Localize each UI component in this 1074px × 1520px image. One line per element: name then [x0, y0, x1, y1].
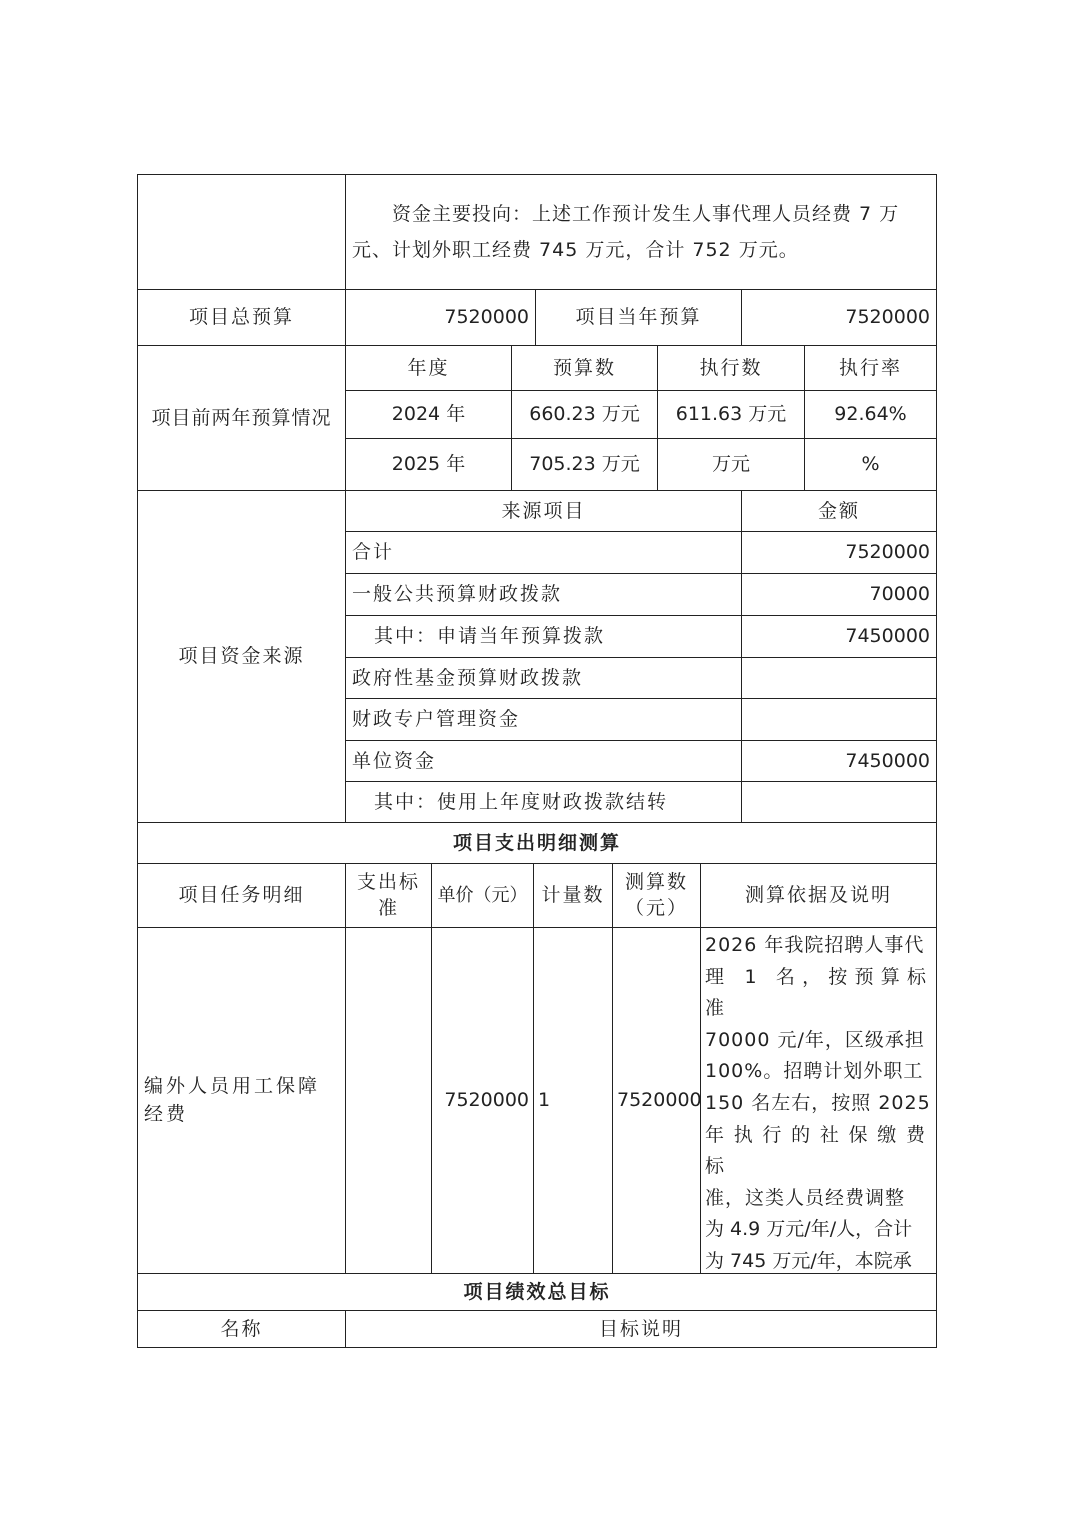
basis-line: 年执行的社保缴费标 — [705, 1120, 932, 1183]
prior-year-row-1-year: 2024 年 — [345, 390, 512, 439]
expense-row-basis: 2026 年我院招聘人事代 理 1 名，按预算标准 70000 元/年，区级承担… — [701, 928, 936, 1274]
funding-header-amount: 金额 — [741, 490, 937, 532]
current-year-budget-label: 项目当年预算 — [535, 289, 742, 346]
expense-row-quantity: 1 — [533, 927, 613, 1274]
expense-header-task: 项目任务明细 — [137, 863, 346, 928]
funding-row-special-account-name: 财政专户管理资金 — [345, 698, 742, 741]
funding-row-gov-fund-amount — [741, 657, 937, 699]
funding-row-total-amount: 7520000 — [741, 531, 937, 574]
expense-row-unit-price: 7520000 — [431, 927, 534, 1274]
prior-years-header-budget: 预算数 — [511, 345, 658, 391]
funding-row-special-account-amount — [741, 698, 937, 741]
funding-row-general-budget-name: 一般公共预算财政拨款 — [345, 573, 742, 616]
prior-year-row-2-rate: % — [804, 438, 937, 491]
funding-row-general-budget-amount: 70000 — [741, 573, 937, 616]
expense-row-task: 编外人员用工保障经费 — [137, 927, 346, 1274]
basis-line: 70000 元/年，区级承担 — [705, 1025, 932, 1057]
basis-line: 准，这类人员经费调整 — [705, 1183, 932, 1215]
prior-years-header-year: 年度 — [345, 345, 512, 391]
intro-label-cell — [137, 174, 346, 290]
basis-line: 理 1 名，按预算标准 — [705, 962, 932, 1025]
funding-row-carryover-amount — [741, 781, 937, 823]
basis-line: 2026 年我院招聘人事代 — [705, 930, 932, 962]
prior-years-label: 项目前两年预算情况 — [137, 345, 346, 491]
expense-row-estimate: 7520000 — [612, 927, 701, 1274]
expense-detail-section-title: 项目支出明细测算 — [137, 822, 937, 864]
funding-row-current-year-name: 其中：申请当年预算拨款 — [345, 615, 742, 658]
basis-line: 为 745 万元/年，本院承 — [705, 1246, 932, 1274]
basis-line: 150 名左右，按照 2025 — [705, 1088, 932, 1120]
intro-text-cell: 资金主要投向：上述工作预计发生人事代理人员经费 7 万 元、计划外职工经费 74… — [345, 174, 937, 290]
funding-row-total-name: 合计 — [345, 531, 742, 574]
funding-row-unit-funds-name: 单位资金 — [345, 740, 742, 782]
expense-header-standard: 支出标 准 — [345, 863, 432, 928]
prior-year-row-1-rate: 92.64% — [804, 390, 937, 439]
expense-header-quantity: 计量数 — [533, 863, 613, 928]
expense-header-estimate-text: 测算数 （元） — [625, 870, 688, 921]
prior-years-header-rate: 执行率 — [804, 345, 937, 391]
funding-row-current-year-amount: 7450000 — [741, 615, 937, 658]
expense-header-standard-text: 支出标 准 — [357, 870, 420, 921]
basis-line: 为 4.9 万元/年/人，合计 — [705, 1214, 932, 1246]
performance-section-title: 项目绩效总目标 — [137, 1273, 937, 1311]
funding-row-carryover-name: 其中：使用上年度财政拨款结转 — [345, 781, 742, 823]
total-budget-label: 项目总预算 — [137, 289, 346, 346]
budget-form-page: 资金主要投向：上述工作预计发生人事代理人员经费 7 万 元、计划外职工经费 74… — [0, 0, 1074, 1520]
performance-header-name: 名称 — [137, 1310, 346, 1348]
funding-header-source: 来源项目 — [345, 490, 742, 532]
funding-direction-text: 资金主要投向：上述工作预计发生人事代理人员经费 7 万 元、计划外职工经费 74… — [346, 175, 936, 265]
expense-row-basis-cell: 2026 年我院招聘人事代 理 1 名，按预算标准 70000 元/年，区级承担… — [700, 927, 937, 1274]
expense-header-basis: 测算依据及说明 — [700, 863, 937, 928]
basis-line: 100%。招聘计划外职工 — [705, 1056, 932, 1088]
expense-row-standard — [345, 927, 432, 1274]
prior-year-row-2-budget: 705.23 万元 — [511, 438, 658, 491]
funding-sources-label: 项目资金来源 — [137, 490, 346, 823]
current-year-budget-value: 7520000 — [741, 289, 937, 346]
prior-year-row-1-executed: 611.63 万元 — [657, 390, 805, 439]
funding-row-gov-fund-name: 政府性基金预算财政拨款 — [345, 657, 742, 699]
total-budget-value: 7520000 — [345, 289, 536, 346]
prior-years-header-executed: 执行数 — [657, 345, 805, 391]
expense-header-estimate: 测算数 （元） — [612, 863, 701, 928]
performance-header-description: 目标说明 — [345, 1310, 937, 1348]
prior-year-row-2-executed: 万元 — [657, 438, 805, 491]
funding-row-unit-funds-amount: 7450000 — [741, 740, 937, 782]
prior-year-row-1-budget: 660.23 万元 — [511, 390, 658, 439]
expense-header-unit-price: 单价（元） — [431, 863, 534, 928]
prior-year-row-2-year: 2025 年 — [345, 438, 512, 491]
